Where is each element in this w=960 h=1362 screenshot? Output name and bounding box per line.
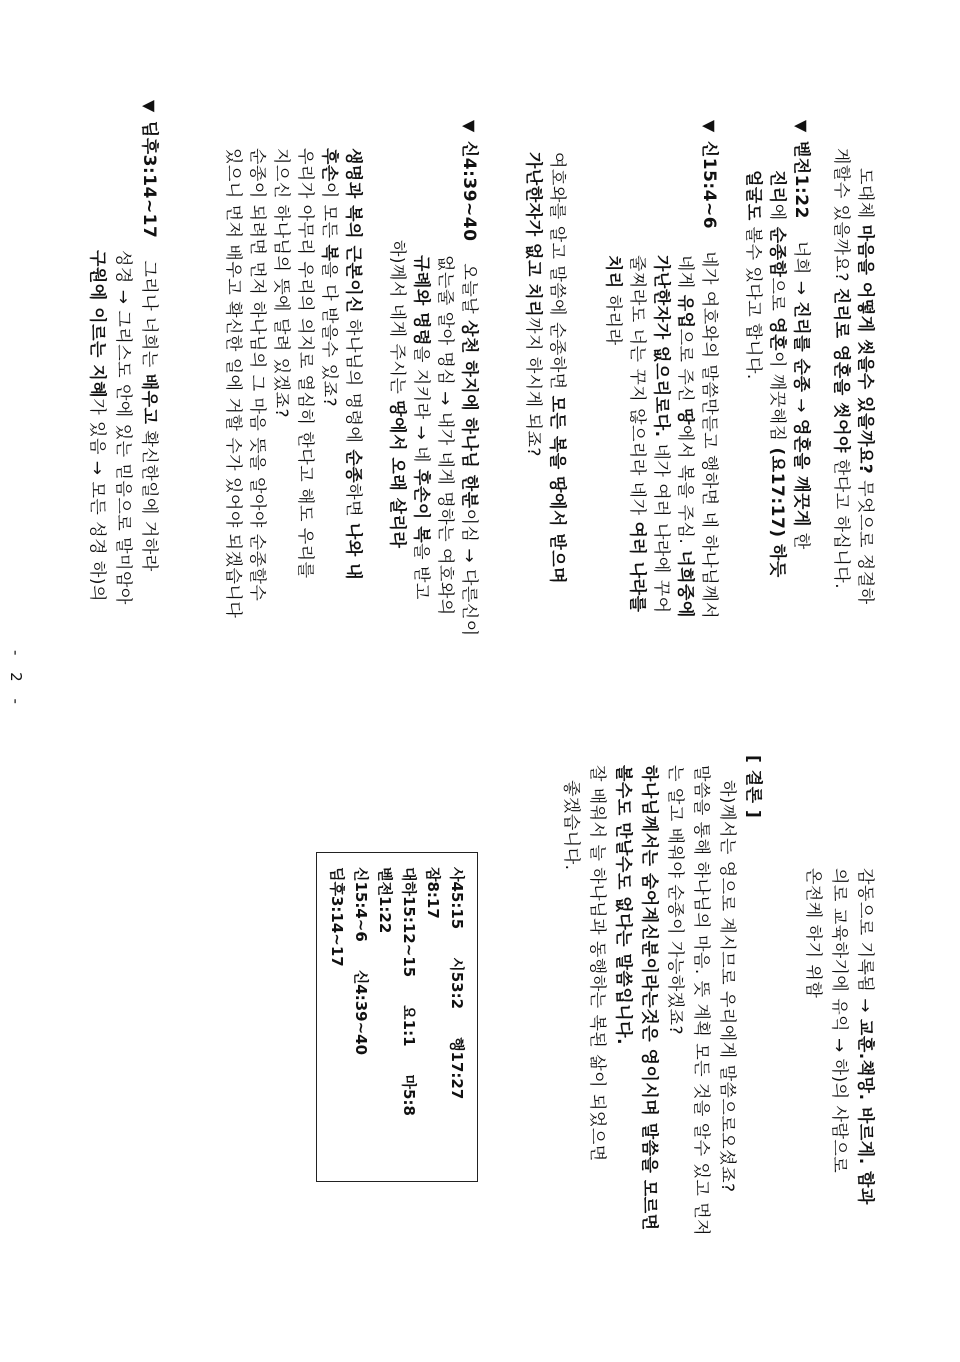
section-deut15-line-5: 치리 하리라	[602, 255, 624, 346]
section-deut-15-4-6: ▼신15:4~6네가 여호와의 말씀만듣고 행하면 네 하나님께서	[698, 120, 720, 619]
text: 을 다 받을수 있죠?	[319, 261, 339, 407]
text: 여호와를 알고 말씀에 순종하면	[547, 152, 567, 396]
section-deut15-line-3: 가난한자가 없으리로다. 네가 여러 나라에 꾸어	[650, 255, 672, 614]
text: 으로	[767, 277, 787, 317]
bold-text: (요17:17) 하듯	[767, 448, 787, 578]
text: 하면	[343, 483, 363, 523]
continuation-line-1: 감동으로 기록됨 → 교훈.책망. 바르게. 함과	[854, 868, 876, 1205]
text: 줄찌라도 너는 꾸지 않으리라 네가	[627, 255, 647, 521]
bold-text: 가난한자가 없으리로다.	[651, 255, 671, 438]
text: 온전케 하기 위함	[803, 868, 823, 998]
text: 그리나 너희는	[139, 260, 159, 373]
section-deut4-line-2: 없는줄 알아 명심 → 내가 네게 명하는 여호와의	[434, 255, 456, 616]
scripture-reference-box: 사45:15시53:2행17:27잠8:17 대하15:12~15요1:1마5:…	[316, 852, 478, 1182]
bold-text: 복	[319, 244, 339, 261]
conclusion-line-1: 하)께서는 영으로 계시므로 우리에게 말씀으로오셨죠?	[716, 780, 738, 1193]
bold-text: 진리	[767, 170, 787, 204]
bold-text: 땅	[675, 408, 695, 425]
bold-text: 가난한자가 없고 치리	[523, 152, 543, 317]
reference-row: 대하15:12~15요1:1마5:8벧전1:22	[373, 867, 421, 1167]
conclusion-line-3: 는 알고 배워야 순종이 가능하겠죠?	[664, 765, 686, 1035]
bold-text: 영혼을 깨끗게	[791, 419, 811, 527]
section-deut4-line-3: 규례와 명령을 지키라 → 네 후손이 복을 받고	[410, 255, 432, 600]
scripture-ref: 신4:39~40	[459, 141, 479, 242]
section-deut4-line-10: 있으니 먼저 배우고 확신한 일에 거할 수가 있어야 되겠습니다	[222, 148, 244, 618]
section-deut4-line-5: 생명과 복의 근본이신 하나님의 명령에 순종하면 나와 내	[342, 148, 364, 580]
text: 있으니 먼저 배우고 확신한 일에 거할 수가 있어야 되겠습니다	[223, 148, 243, 618]
intro-line-1: 도대체 마음을 어떻게 씻을수 있을까요? 무엇으로 정결하	[854, 168, 876, 605]
text: 게할수 있을까요?	[831, 148, 851, 288]
section-2tim-line-2: 성경 → 그리스도 안에 있는 믿음으로 말미암아	[112, 250, 134, 605]
text: 한다고 하십니다.	[831, 453, 851, 589]
section-2tim-line-3: 구원에 이르는 지혜가 있음 → 모든 성경 하)의	[86, 250, 108, 602]
reference: 마5:8	[397, 1075, 421, 1116]
text: 으로 주신	[675, 329, 695, 409]
conclusion-line-2: 말씀을 통해 하나님의 마음. 뜻 계획 모든 것을 알수 있고 먼저	[690, 765, 712, 1236]
bold-text: 마음을 어떻게 씻을수 있을까요?	[855, 225, 875, 475]
text: 에서 복을 주심.	[675, 425, 695, 550]
bold-text: 볼수도 만날수도 없다는 말씀입니다.	[613, 765, 633, 1045]
bold-text: 얼굴도	[743, 170, 763, 221]
text: 한	[791, 527, 811, 550]
text: 을 받고	[411, 543, 431, 600]
text: 순종이 되려면 먼저 하나님의 그 마음 뜻을 알아야 순종할수	[247, 148, 267, 601]
reference: 딤후3:14~17	[325, 867, 349, 967]
page-number: - 2 -	[7, 650, 25, 710]
text: 이 깨끗해짐	[767, 351, 787, 447]
scripture-ref: 벧전1:22	[791, 141, 811, 219]
section-deut15-summary-1: 여호와를 알고 말씀에 순종하면 모든 복을 땅에서 받으며	[546, 152, 568, 584]
triangle-bullet-icon: ▼	[460, 120, 479, 133]
section-deut-4-39-40: ▼신4:39~40오늘날 상천 하지에 하나님 한분이심 → 다른신이	[458, 120, 480, 637]
bold-text: 상천 하지에 하나님 한분	[459, 320, 479, 508]
bold-text: 너희중에	[675, 550, 695, 618]
section-1peter-1-22: ▼벧전1:22너희 → 진리를 순종 → 영혼을 깨끗게 한	[790, 120, 812, 550]
scripture-ref: 딤후3:14~17	[139, 121, 159, 239]
reference: 시53:2	[445, 957, 469, 1009]
bold-text: 하나님께서는 숨어계신분이라는것은 영이시며 말씀을 모르면	[639, 765, 659, 1231]
bold-text: 진리를 순종	[791, 301, 811, 392]
text: 하)께서 네게 주시는	[387, 240, 407, 400]
section-deut15-line-2: 네게 유업으로 주신 땅에서 복을 주심. 너희중에	[674, 255, 696, 618]
text: 하리라	[603, 289, 623, 346]
section-deut4-line-4: 하)께서 네게 주시는 땅에서 오래 살리라	[386, 240, 408, 548]
text: 가 있음 → 모든 성경 하)의	[87, 398, 107, 602]
section-deut4-line-7: 우리가 아무리 우리의 의지로 열심히 한다고 해도 우리를	[294, 148, 316, 579]
text: 없는줄 알아 명심 → 내가 네게 명하는 여호와의	[435, 255, 455, 616]
bold-text: 나와 내	[343, 523, 363, 580]
text: 는 알고 배워야 순종이 가능하겠죠?	[665, 765, 685, 1035]
text: 도대체	[855, 168, 875, 225]
section-2tim-3-14-17: ▼딤후3:14~17그리나 너희는 배우고 확신한일에 거하라	[138, 100, 160, 572]
text: 지으신 하나님의 뜻에 달려 있겠죠?	[271, 148, 291, 418]
text: →	[791, 392, 811, 419]
text: 에	[767, 204, 787, 227]
bold-text: 모든 복을 땅에서 받으며	[547, 396, 567, 584]
section-deut15-summary-2: 가난한자가 없고 치리까지 하시게 되죠?	[522, 152, 544, 457]
reference: 사45:15	[445, 867, 469, 929]
bold-text: 여러 나라를	[627, 521, 647, 612]
reference-row: 사45:15시53:2행17:27잠8:17	[421, 867, 469, 1167]
document-page: 도대체 마음을 어떻게 씻을수 있을까요? 무엇으로 정결하 게할수 있을까요?…	[0, 0, 960, 1362]
bold-text: 유업	[675, 295, 695, 329]
reference: 행17:27	[445, 1037, 469, 1099]
bold-text: 순종함	[767, 227, 787, 278]
text: 하나님의 명령에	[343, 313, 363, 449]
conclusion-heading: [ 결론 ]	[742, 755, 764, 818]
conclusion-line-6: 잘 배워서 늘 하나님과 동행하는 복된 삶이 되었으면	[586, 765, 608, 1162]
text: 오늘날	[459, 263, 479, 320]
text: 너희 →	[791, 241, 811, 301]
bold-text: 후손이 복	[411, 469, 431, 543]
text: 성경 → 그리스도 안에 있는 믿음으로 말미암아	[113, 250, 133, 605]
reference: 요1:1	[397, 1005, 421, 1046]
text: 볼수 있다고 합니다.	[743, 221, 763, 380]
intro-line-2: 게할수 있을까요? 진리로 영혼을 씻어야 한다고 하십니다.	[830, 148, 852, 589]
bold-text: 영혼	[767, 317, 787, 351]
bold-text: 땅에서 오래 살리라	[387, 400, 407, 548]
conclusion-line-5: 볼수도 만날수도 없다는 말씀입니다.	[612, 765, 634, 1045]
conclusion-line-4: 하나님께서는 숨어계신분이라는것은 영이시며 말씀을 모르면	[638, 765, 660, 1231]
continuation-line-2: 의로 교육하기에 유익 → 하)의 사람으로	[828, 868, 850, 1173]
text: 잘 배워서 늘 하나님과 동행하는 복된 삶이 되었으면	[587, 765, 607, 1162]
text: 을 지키라 → 네	[411, 346, 431, 469]
reference: 신15:4~6	[349, 867, 373, 942]
bold-text: 후손	[319, 148, 339, 182]
reference-row: 신15:4~6신4:39~40딤후3:14~17	[325, 867, 373, 1167]
text: 이 모든	[319, 182, 339, 245]
text: 네가 여러 나라에 꾸어	[651, 438, 671, 614]
bold-text: 배우고	[139, 374, 159, 425]
text: 네가 여호와의 말씀만듣고 행하면 네 하나님께서	[699, 251, 719, 619]
triangle-bullet-icon: ▼	[700, 120, 719, 133]
section-deut4-line-6: 후손이 모든 복을 다 받을수 있죠?	[318, 148, 340, 407]
reference: 신4:39~40	[349, 970, 373, 1055]
text: 까지 하시게 되죠?	[523, 317, 543, 457]
bold-text: 진리로 영혼을 씻어야	[831, 288, 851, 453]
text: 무엇으로 정결하	[855, 474, 875, 604]
text: 감동으로 기록됨 →	[855, 868, 875, 1019]
text: 좋겠습니다.	[561, 780, 581, 871]
triangle-bullet-icon: ▼	[140, 100, 159, 113]
continuation-line-3: 온전케 하기 위함	[802, 868, 824, 998]
text: 말씀을 통해 하나님의 마음. 뜻 계획 모든 것을 알수 있고 먼저	[691, 765, 711, 1236]
bold-text: 순종	[343, 449, 363, 483]
section-deut4-line-8: 지으신 하나님의 뜻에 달려 있겠죠?	[270, 148, 292, 418]
text: 하)께서는 영으로 계시므로 우리에게 말씀으로오셨죠?	[717, 780, 737, 1193]
bold-text: 교훈.책망. 바르게. 함과	[855, 1019, 875, 1205]
section-deut4-line-9: 순종이 되려면 먼저 하나님의 그 마음 뜻을 알아야 순종할수	[246, 148, 268, 601]
reference: 잠8:17	[421, 867, 445, 919]
bold-text: 구원에 이르는 지혜	[87, 250, 107, 398]
text: 의로 교육하기에 유익 → 하)의 사람으로	[829, 868, 849, 1173]
text: 네게	[675, 255, 695, 295]
bold-text: 치리	[603, 255, 623, 289]
triangle-bullet-icon: ▼	[792, 120, 811, 133]
text: 확신한일에 거하라	[139, 424, 159, 571]
reference: 벧전1:22	[373, 867, 397, 933]
section-deut15-line-4: 줄찌라도 너는 꾸지 않으리라 네가 여러 나라를	[626, 255, 648, 612]
section-1peter-line-2: 진리에 순종함으로 영혼이 깨끗해짐 (요17:17) 하듯	[766, 170, 788, 578]
section-1peter-line-3: 얼굴도 볼수 있다고 합니다.	[742, 170, 764, 380]
scripture-ref: 신15:4~6	[699, 141, 719, 229]
bold-text: 규례와 명령	[411, 255, 431, 346]
reference: 대하15:12~15	[397, 867, 421, 977]
conclusion-line-7: 좋겠습니다.	[560, 780, 582, 871]
text: 우리가 아무리 우리의 의지로 열심히 한다고 해도 우리를	[295, 148, 315, 579]
bold-text: 생명과 복의 근본이신	[343, 148, 363, 313]
text: 이심 → 다른신이	[459, 509, 479, 637]
